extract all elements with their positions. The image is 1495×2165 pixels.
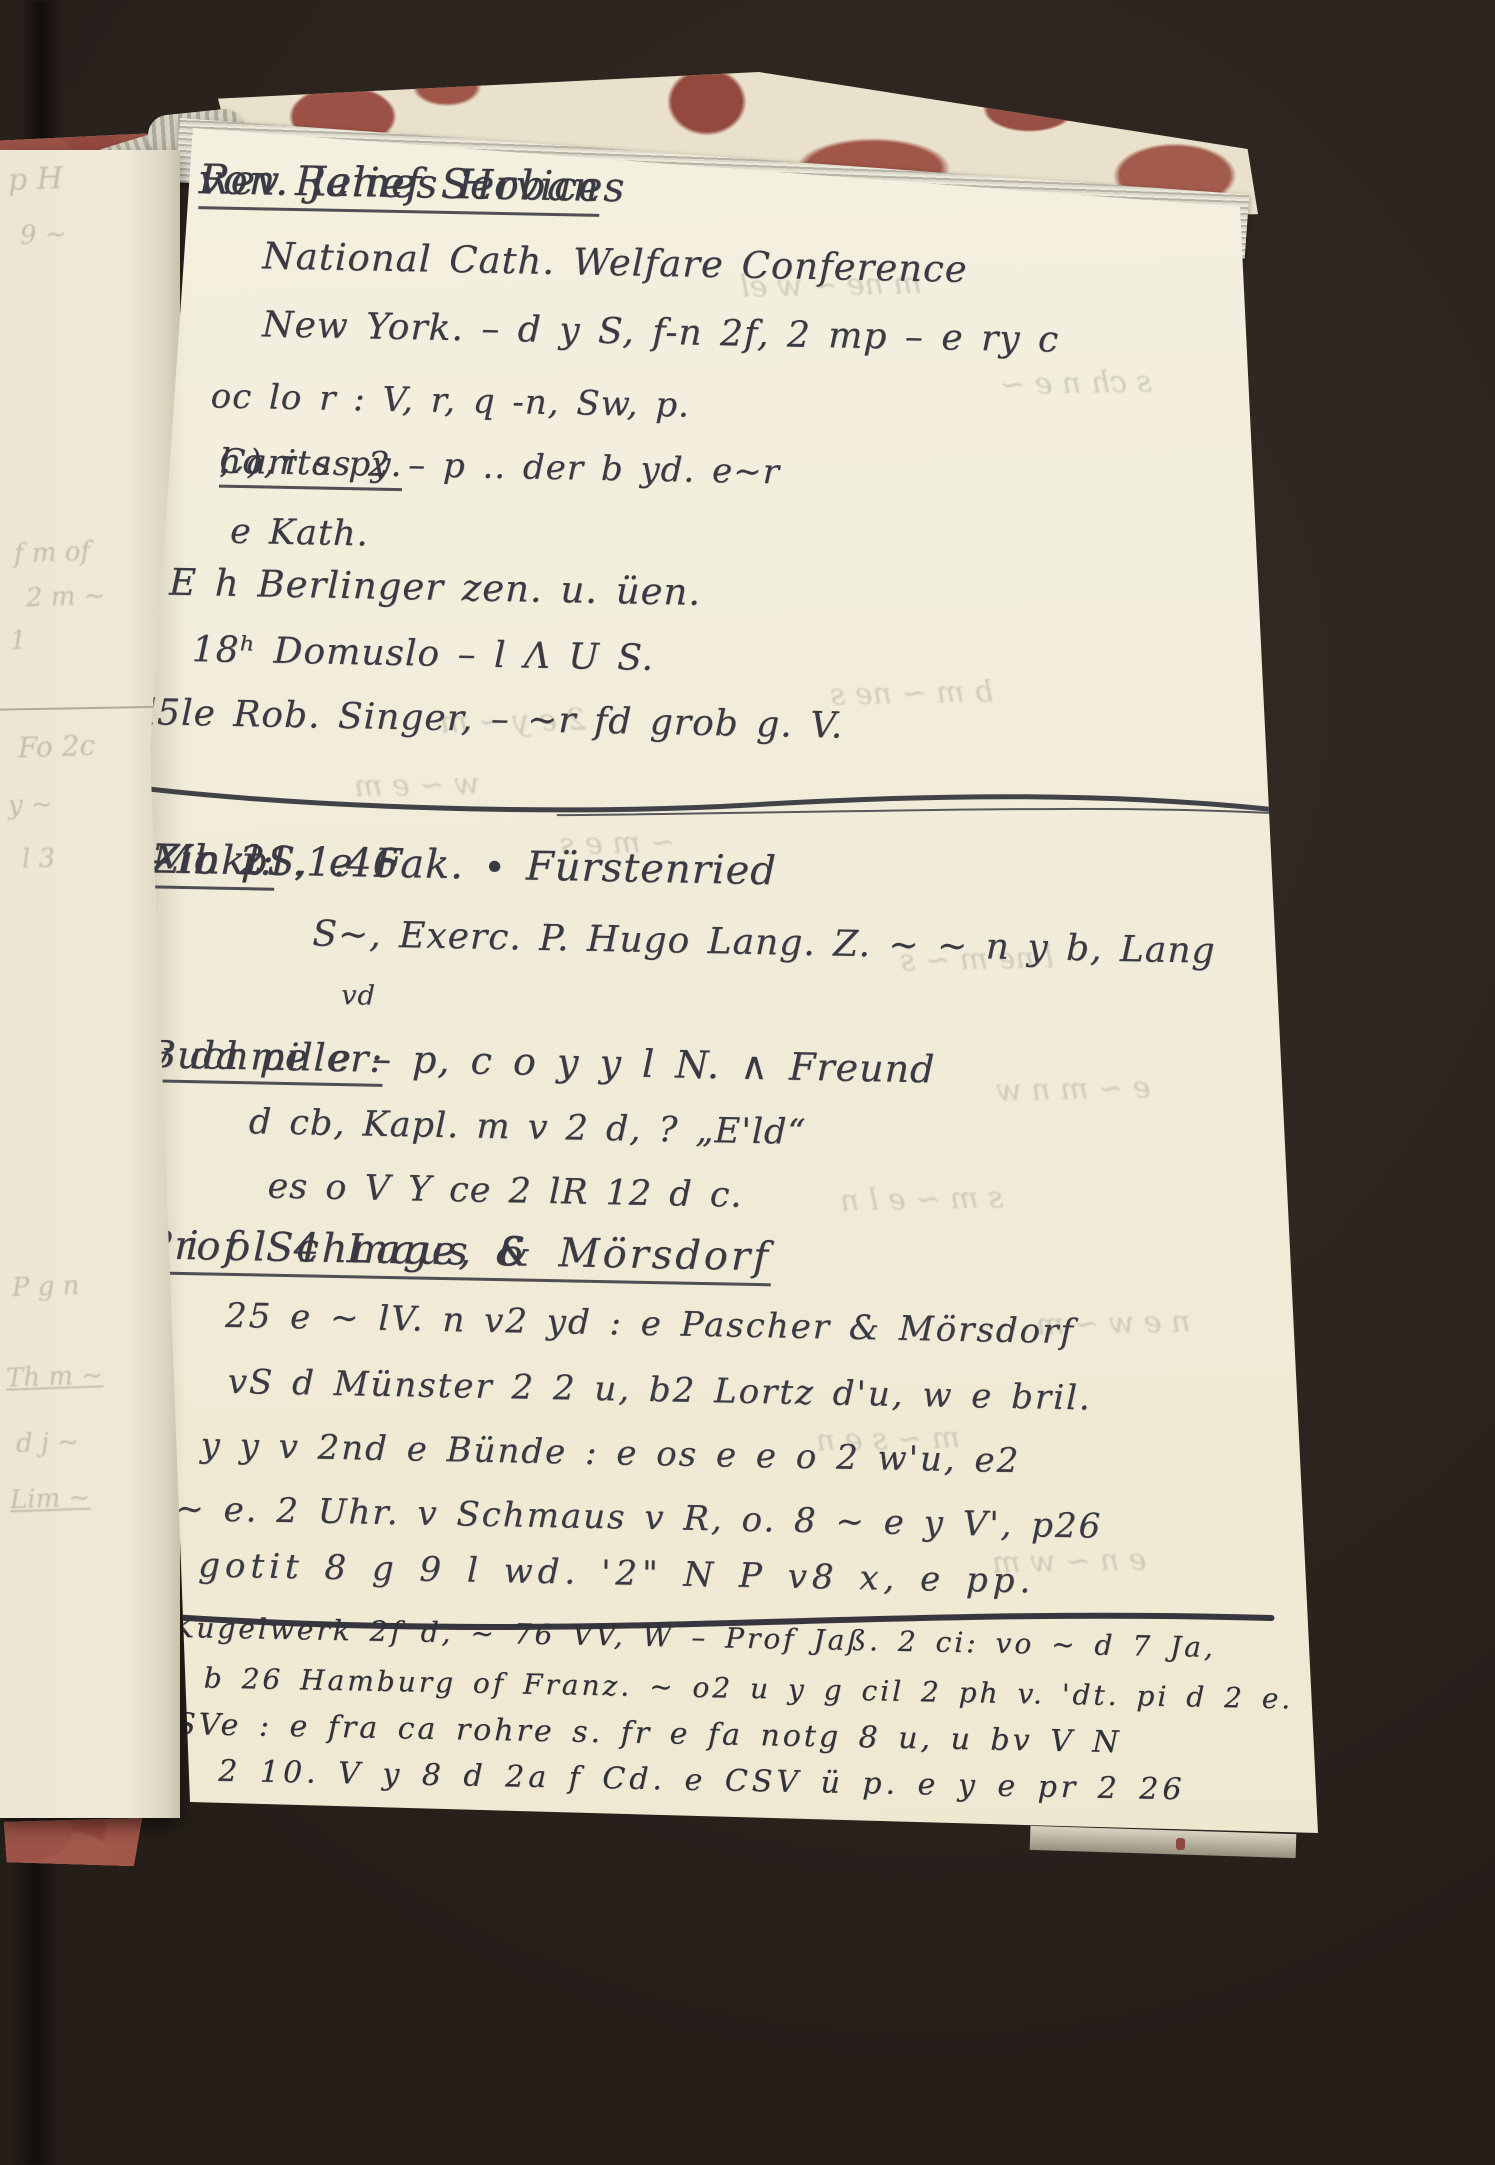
hand-drawn-rule — [127, 746, 1308, 839]
notebook-photo: p H 9 ~ f m of 2 m ~ 1 Fo 2c y ~ l 3 P g… — [0, 0, 1495, 2165]
marbled-cover-left-bottom — [4, 1818, 142, 1866]
ghost-line: Th m ~ — [6, 1360, 104, 1393]
ghost-line: Lim ~ — [10, 1483, 91, 1516]
notebook-page: m ne ~ w el s ch n e ~ 2 e y ~ m b m ~ n… — [140, 120, 1320, 1836]
ghost-line: Fo 2c — [17, 729, 95, 765]
ghost-line: 9 ~ — [19, 219, 67, 251]
ghost-line: 1 — [9, 626, 27, 657]
ghost-line: l 3 — [21, 843, 55, 874]
ghost-line: 2 m ~ — [26, 581, 107, 614]
book-spine-shadow-bottom — [14, 1855, 62, 2165]
ghost-line: y ~ — [7, 789, 53, 821]
ghost-line: d j ~ — [15, 1427, 79, 1459]
ghost-line: p H — [7, 161, 63, 198]
previous-page-edge: p H 9 ~ f m of 2 m ~ 1 Fo 2c y ~ l 3 P g… — [0, 150, 180, 1818]
ghost-line: P g n — [11, 1271, 79, 1303]
under-pages-red-fleck — [1176, 1838, 1185, 1850]
handwriting-layer: Rev. James Hoban von Relief Services Nat… — [107, 120, 1320, 1858]
ghost-line: f m of — [13, 537, 90, 570]
